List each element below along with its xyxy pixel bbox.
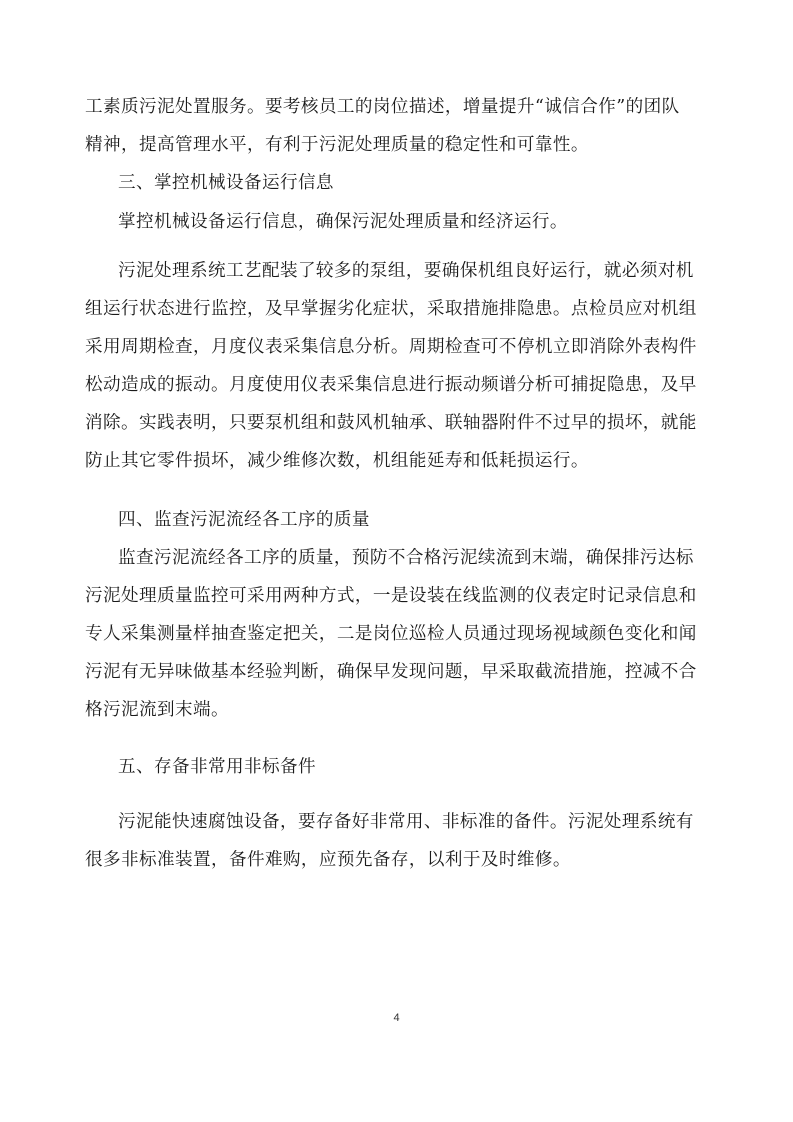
text-line: 松动造成的振动。月度使用仪表采集信息进行振动频谱分析可捕捉隐患，及早 [85,373,725,397]
text-line: 精神，提高管理水平，有利于污泥处理质量的稳定性和可靠性。 [85,133,725,157]
text-line: 工素质污泥处置服务。要考核员工的岗位描述，增量提升“诚信合作”的团队 [85,95,725,119]
text-line: 消除。实践表明，只要泵机组和鼓风机轴承、联轴器附件不过早的损坏，就能 [85,411,725,435]
section-heading-4: 四、监查污泥流经各工序的质量 [118,508,758,532]
document-page: 工素质污泥处置服务。要考核员工的岗位描述，增量提升“诚信合作”的团队 精神，提高… [0,0,793,1122]
section-heading-3: 三、掌控机械设备运行信息 [118,171,758,195]
text-line: 采用周期检查，月度仪表采集信息分析。周期检查可不停机立即消除外表构件 [85,335,725,359]
page-number: 4 [0,1012,793,1024]
text-line: 污泥有无异味做基本经验判断，确保早发现问题，早采取截流措施，控减不合 [85,660,725,684]
text-line: 很多非标准装置，备件难购，应预先备存，以利于及时维修。 [85,848,725,872]
section-heading-5: 五、存备非常用非标备件 [118,755,758,779]
text-line: 格污泥流到末端。 [85,698,725,722]
text-line: 掌控机械设备运行信息，确保污泥处理质量和经济运行。 [118,210,758,234]
text-line: 防止其它零件损坏，减少维修次数，机组能延寿和低耗损运行。 [85,449,725,473]
text-line: 专人采集测量样抽查鉴定把关，二是岗位巡检人员通过现场视域颜色变化和闻 [85,622,725,646]
text-line: 监查污泥流经各工序的质量，预防不合格污泥续流到末端，确保排污达标 [118,546,758,570]
text-line: 污泥处理质量监控可采用两种方式，一是设装在线监测的仪表定时记录信息和 [85,584,725,608]
text-line: 污泥能快速腐蚀设备，要存备好非常用、非标准的备件。污泥处理系统有 [118,810,758,834]
text-line: 污泥处理系统工艺配装了较多的泵组，要确保机组良好运行，就必须对机 [118,259,758,283]
text-line: 组运行状态进行监控，及早掌握劣化症状，采取措施排隐患。点检员应对机组 [85,297,725,321]
